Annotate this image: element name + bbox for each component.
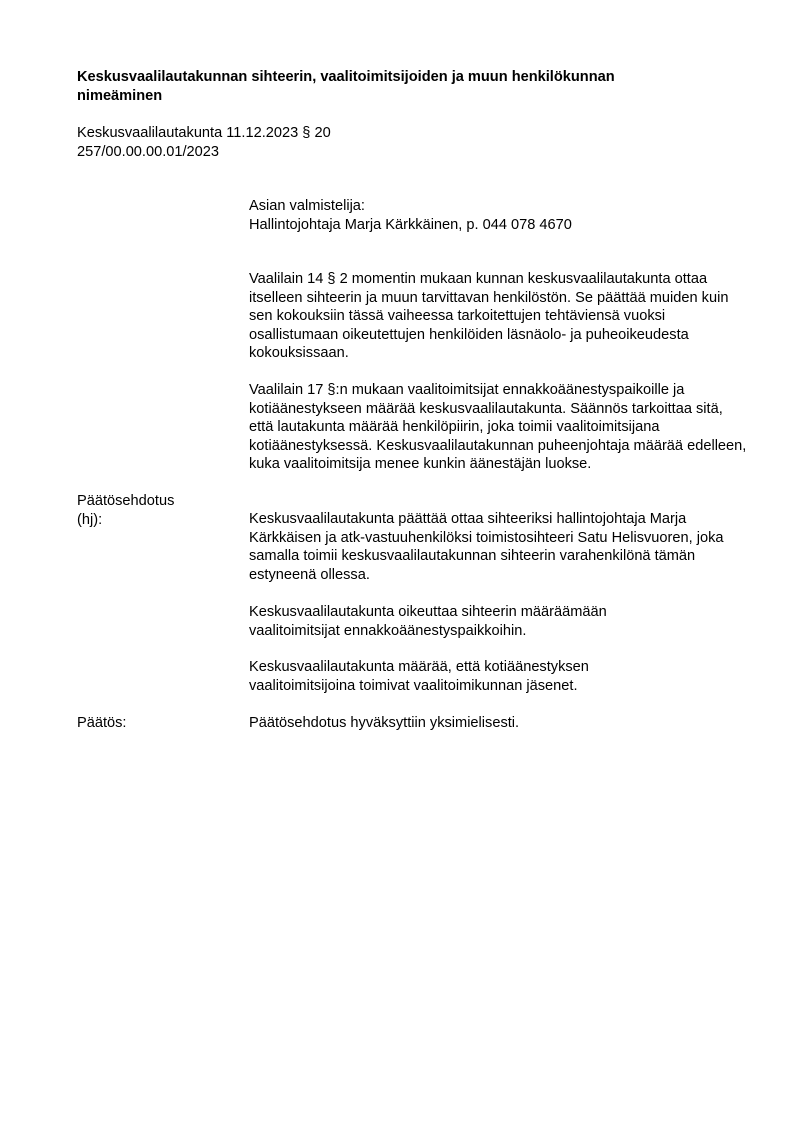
decision-text: Päätösehdotus hyväksyttiin yksimielisest… <box>249 714 769 733</box>
preparer-block: Asian valmistelija: Hallintojohtaja Marj… <box>249 197 769 234</box>
record-number: 257/00.00.00.01/2023 <box>77 143 331 162</box>
proposal-label: Päätösehdotus (hj): <box>77 492 174 529</box>
preparer-name: Hallintojohtaja Marja Kärkkäinen, p. 044… <box>249 216 769 235</box>
proposal-paragraph-1: Keskusvaalilautakunta päättää ottaa siht… <box>249 510 749 584</box>
meeting-info: Keskusvaalilautakunta 11.12.2023 § 20 25… <box>77 124 331 162</box>
meeting-line: Keskusvaalilautakunta 11.12.2023 § 20 <box>77 124 331 143</box>
proposal-label-line1: Päätösehdotus <box>77 492 174 511</box>
document-title: Keskusvaalilautakunnan sihteerin, vaalit… <box>77 68 697 106</box>
background-paragraph-2: Vaalilain 17 §:n mukaan vaalitoimitsijat… <box>249 381 749 474</box>
proposal-paragraph-3: Keskusvaalilautakunta määrää, että kotiä… <box>249 658 659 695</box>
decision-label: Päätös: <box>77 714 127 733</box>
preparer-label: Asian valmistelija: <box>249 197 769 216</box>
proposal-label-line2: (hj): <box>77 511 174 530</box>
background-paragraph-1: Vaalilain 14 § 2 momentin mukaan kunnan … <box>249 270 739 363</box>
proposal-paragraph-2: Keskusvaalilautakunta oikeuttaa sihteeri… <box>249 603 669 640</box>
